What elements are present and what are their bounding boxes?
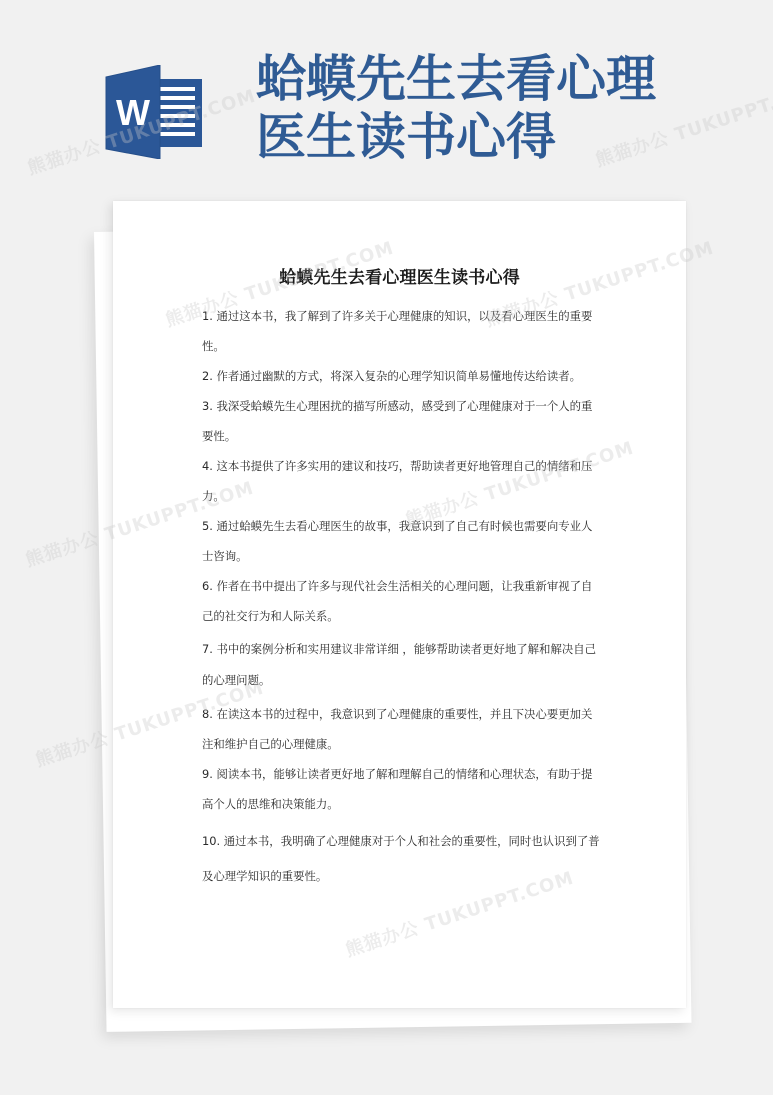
list-item: 10. 通过本书，我明确了心理健康对于个人和社会的重要性，同时也认识到了普及心理…: [202, 824, 600, 894]
list-item: 9. 阅读本书，能够让读者更好地了解和理解自己的情绪和心理状态，有助于提高个人的…: [202, 759, 600, 819]
banner-title-line-1: 蛤蟆先生去看心理: [256, 50, 716, 108]
list-item: 3. 我深受蛤蟆先生心理困扰的描写所感动，感受到了心理健康对于一个人的重要性。: [202, 391, 600, 451]
document-page: 蛤蟆先生去看心理医生读书心得 1. 通过这本书，我了解到了许多关于心理健康的知识…: [113, 201, 686, 1008]
word-document-icon: W: [104, 65, 204, 159]
list-item: 6. 作者在书中提出了许多与现代社会生活相关的心理问题，让我重新审视了自己的社交…: [202, 571, 600, 631]
list-item: 2. 作者通过幽默的方式，将深入复杂的心理学知识简单易懂地传达给读者。: [202, 361, 600, 391]
banner-title-line-2: 医生读书心得: [256, 108, 716, 166]
list-item: 5. 通过蛤蟆先生去看心理医生的故事，我意识到了自己有时候也需要向专业人士咨询。: [202, 511, 600, 571]
document-body: 1. 通过这本书，我了解到了许多关于心理健康的知识，以及看心理医生的重要性。 2…: [202, 301, 600, 894]
document-title: 蛤蟆先生去看心理医生读书心得: [113, 267, 686, 289]
list-item: 7. 书中的案例分析和实用建议非常详细 ，能够帮助读者更好地了解和解决自己的心理…: [202, 634, 600, 696]
list-item: 8. 在读这本书的过程中，我意识到了心理健康的重要性，并且下决心要更加关注和维护…: [202, 699, 600, 759]
logo-letter: W: [116, 92, 150, 133]
list-item: 4. 这本书提供了许多实用的建议和技巧，帮助读者更好地管理自己的情绪和压力。: [202, 451, 600, 511]
banner-title: 蛤蟆先生去看心理 医生读书心得: [256, 50, 716, 166]
list-item: 1. 通过这本书，我了解到了许多关于心理健康的知识，以及看心理医生的重要性。: [202, 301, 600, 361]
